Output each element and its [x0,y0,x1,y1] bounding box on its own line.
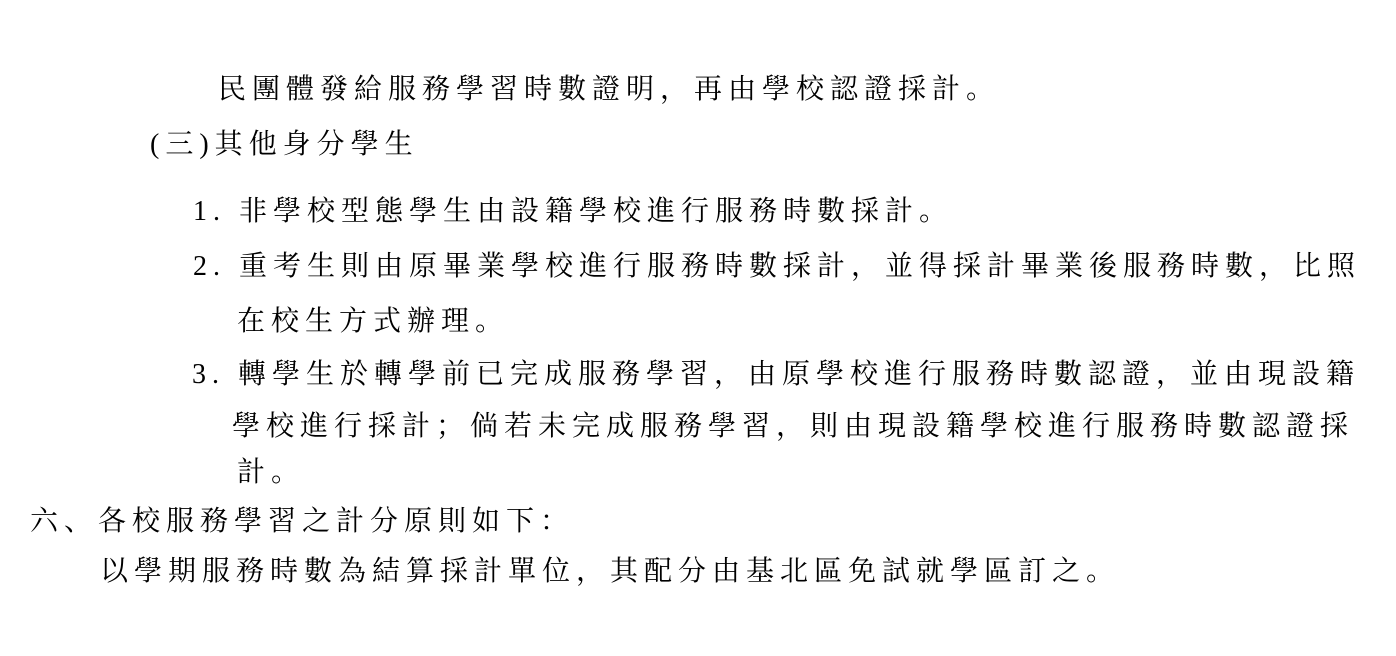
subsection-heading-3: (三)其他身分學生 [150,127,419,163]
list-item-2-line-2: 在校生方式辦理。 [237,304,509,340]
list-item-3-line-3: 計。 [237,455,305,491]
list-item-1: 1. 非學校型態學生由設籍學校進行服務時數採計。 [193,194,953,230]
paragraph-continuation-line: 民團體發給服務學習時數證明，再由學校認證採計。 [218,72,1000,108]
section-6-body: 以學期服務時數為結算採計單位，其配分由基北區免試就學區訂之。 [100,554,1120,590]
document-page: 民團體發給服務學習時數證明，再由學校認證採計。 (三)其他身分學生 1. 非學校… [0,0,1396,656]
list-item-3-line-1: 3. 轉學生於轉學前已完成服務學習，由原學校進行服務時數認證，並由現設籍 [192,357,1360,393]
section-heading-6: 六、各校服務學習之計分原則如下： [30,504,574,540]
list-item-3-line-2: 學校進行採計；倘若未完成服務學習，則由現設籍學校進行服務時數認證採 [232,409,1354,445]
list-item-2-line-1: 2. 重考生則由原畢業學校進行服務時數採計，並得採計畢業後服務時數，比照 [193,249,1361,285]
